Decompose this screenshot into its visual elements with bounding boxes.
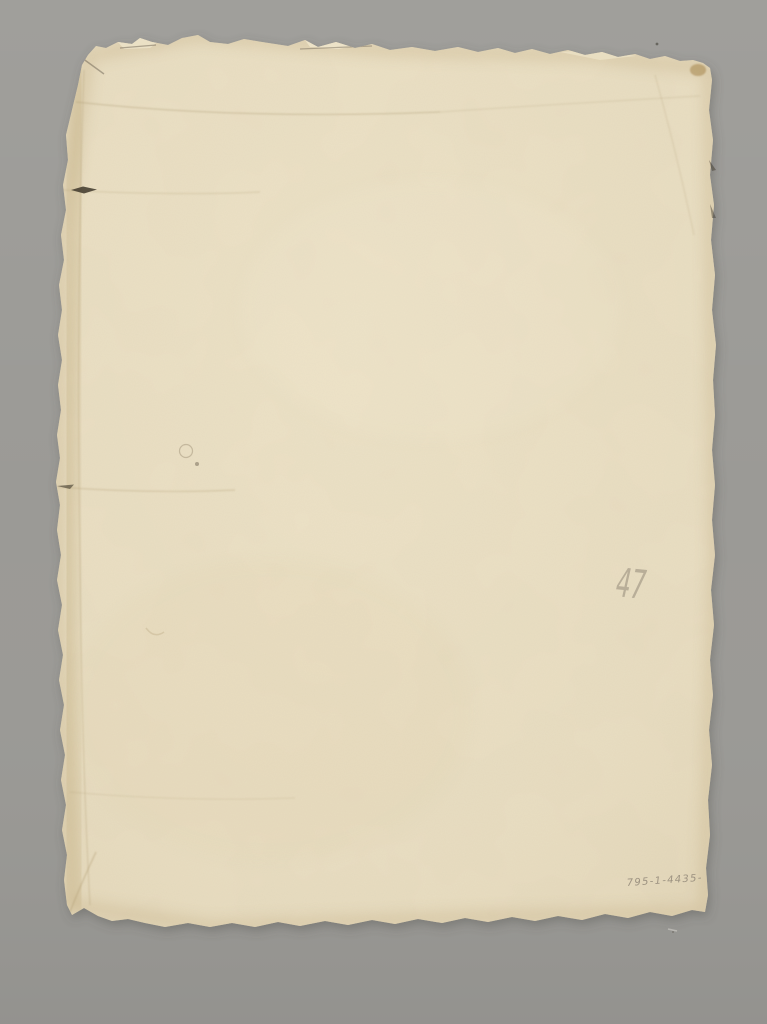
paper-sheet: 47 795-1-4435- [40,20,740,1010]
photograph-canvas: 47 795-1-4435- [0,0,767,1024]
tonal-patch [240,180,620,440]
background-speck [656,43,659,46]
corner-stain [690,64,706,76]
pencil-dot [195,462,199,466]
paper-object-photo: 47 795-1-4435- [0,0,767,1024]
paper-texture-layers [40,20,740,1010]
pencil-corner-mark: 47 [614,560,648,609]
paper-fibre-noise [40,20,740,1010]
tonal-patch [70,560,470,860]
background-speck [672,931,674,933]
